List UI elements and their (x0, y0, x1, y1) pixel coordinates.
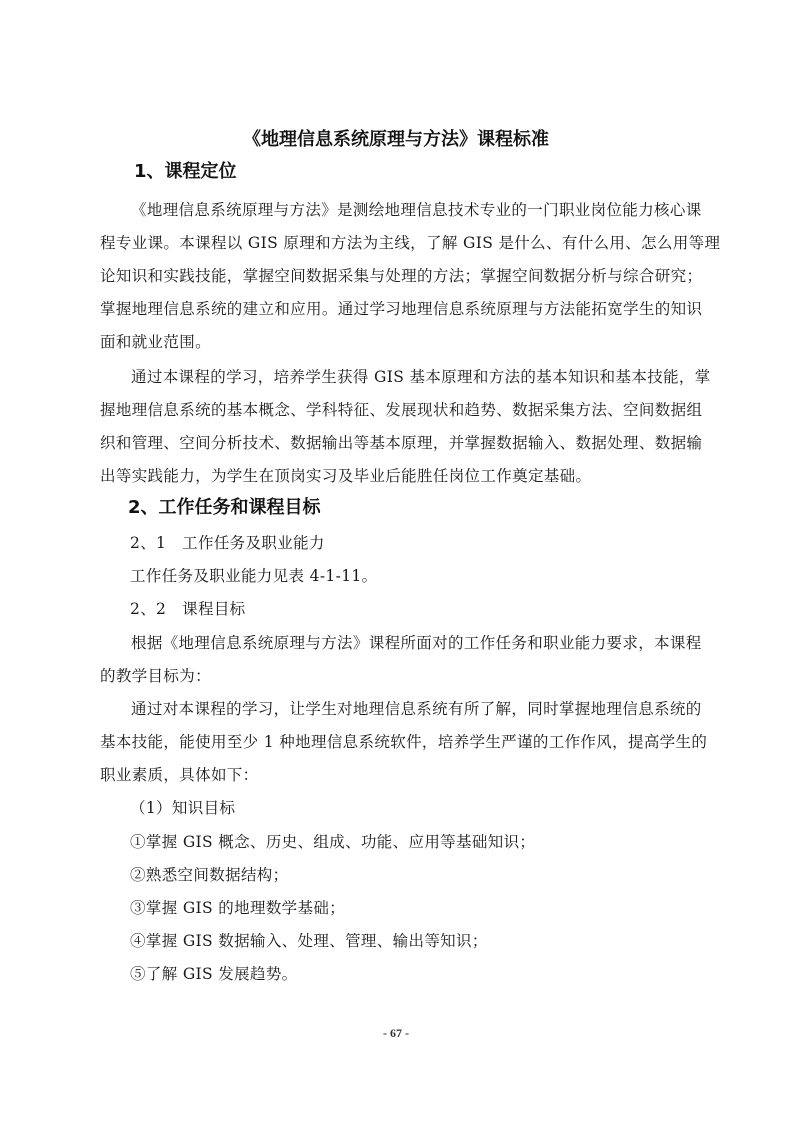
paragraph-line: 面和就业范围。 (100, 332, 696, 352)
document-page: 《地理信息系统原理与方法》课程标准 1、课程定位 《地理信息系统原理与方法》是测… (0, 0, 792, 1122)
section-heading-2: 2、工作任务和课程目标 (128, 496, 321, 520)
subsection-heading-2-1: 2、1 工作任务及职业能力 (130, 533, 325, 553)
paragraph-line: 织和管理、空间分析技术、数据输出等基本原理，并掌握数据输入、数据处理、数据输 (100, 433, 696, 453)
paragraph-line: 通过对本课程的学习，让学生对地理信息系统有所了解，同时掌握地理信息系统的 (100, 699, 696, 719)
paragraph-line: 基本技能，能使用至少 1 种地理信息系统软件，培养学生严谨的工作作风，提高学生的 (100, 732, 696, 752)
paragraph-line: 《地理信息系统原理与方法》是测绘地理信息技术专业的一门职业岗位能力核心课 (100, 200, 696, 220)
paragraph-line: 握地理信息系统的基本概念、学科特征、发展现状和趋势、数据采集方法、空间数据组 (100, 400, 696, 420)
document-title: 《地理信息系统原理与方法》课程标准 (0, 128, 792, 152)
paragraph-line: 出等实践能力，为学生在顶岗实习及毕业后能胜任岗位工作奠定基础。 (100, 466, 696, 486)
paragraph-line: 通过本课程的学习，培养学生获得 GIS 基本原理和方法的基本知识和基本技能，掌 (100, 367, 696, 387)
list-item: ①掌握 GIS 概念、历史、组成、功能、应用等基础知识； (130, 832, 535, 852)
knowledge-goals-label: （1）知识目标 (130, 798, 235, 818)
list-item: ④掌握 GIS 数据输入、处理、管理、输出等知识； (130, 931, 488, 951)
paragraph-line: 掌握地理信息系统的建立和应用。通过学习地理信息系统原理与方法能拓宽学生的知识 (100, 299, 696, 319)
subsection-2-1-text: 工作任务及职业能力见表 4-1-11。 (130, 566, 378, 586)
subsection-heading-2-2: 2、2 课程目标 (130, 599, 246, 619)
paragraph-line: 的教学目标为： (100, 666, 696, 686)
page-number: - 67 - (0, 1026, 792, 1041)
paragraph-line: 程专业课。本课程以 GIS 原理和方法为主线，了解 GIS 是什么、有什么用、怎… (100, 233, 696, 253)
paragraph-line: 根据《地理信息系统原理与方法》课程所面对的工作任务和职业能力要求，本课程 (100, 633, 696, 653)
list-item: ②熟悉空间数据结构； (130, 865, 289, 885)
list-item: ⑤了解 GIS 发展趋势。 (130, 964, 298, 984)
paragraph-line: 论知识和实践技能，掌握空间数据采集与处理的方法；掌握空间数据分析与综合研究； (100, 266, 696, 286)
list-item: ③掌握 GIS 的地理数学基础； (130, 898, 345, 918)
section-heading-1: 1、课程定位 (134, 160, 237, 184)
paragraph-line: 职业素质，具体如下： (100, 765, 696, 785)
